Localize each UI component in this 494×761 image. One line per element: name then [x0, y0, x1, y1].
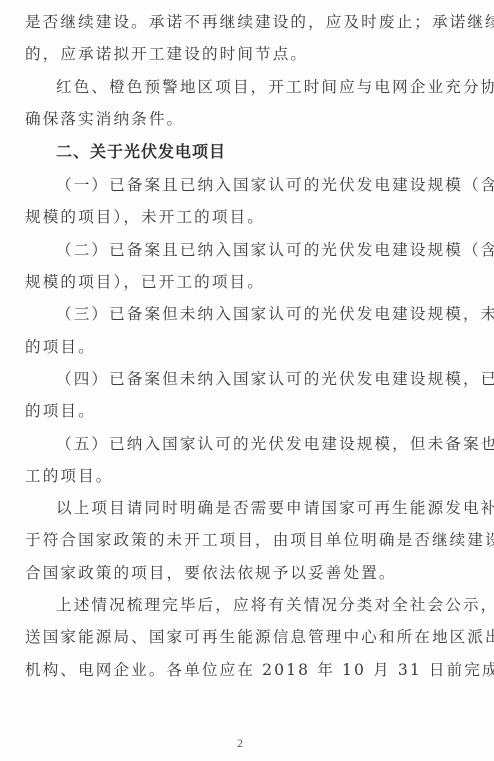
paragraph-line: 于符合国家政策的未开工项目，由项目单位明确是否继续建设；不符 — [25, 524, 459, 556]
list-item-line: 工的项目。 — [25, 460, 459, 492]
list-item-2: （二）已备案且已纳入国家认可的光伏发电建设规模（含不限 规模的项目），已开工的项… — [25, 234, 459, 299]
list-item-line: （五）已纳入国家认可的光伏发电建设规模，但未备案也未开 — [25, 428, 459, 460]
paragraph-line: 送国家能源局、国家可再生能源信息管理中心和所在地区派出监管 — [25, 621, 459, 653]
list-item-5: （五）已纳入国家认可的光伏发电建设规模，但未备案也未开 工的项目。 — [25, 428, 459, 493]
document-page: 是否继续建设。承诺不再继续建设的，应及时废止；承诺继续建设 的，应承诺拟开工建设… — [0, 0, 494, 761]
list-item-line: 规模的项目），未开工的项目。 — [25, 201, 459, 233]
list-item-line: 规模的项目），已开工的项目。 — [25, 266, 459, 298]
list-item-line: （一）已备案且已纳入国家认可的光伏发电建设规模（含不限 — [25, 169, 459, 201]
list-item-line: 的项目。 — [25, 331, 459, 363]
section-heading: 二、关于光伏发电项目 — [25, 135, 459, 169]
subsidy-paragraph: 以上项目请同时明确是否需要申请国家可再生能源发电补贴。对 于符合国家政策的未开工… — [25, 492, 459, 589]
closing-paragraph: 上述情况梳理完毕后，应将有关情况分类对全社会公示，并抄 送国家能源局、国家可再生… — [25, 589, 459, 686]
document-body: 是否继续建设。承诺不再继续建设的，应及时废止；承诺继续建设 的，应承诺拟开工建设… — [25, 6, 459, 686]
body-line: 确保落实消纳条件。 — [25, 103, 459, 135]
list-item-4: （四）已备案但未纳入国家认可的光伏发电建设规模，已开工 的项目。 — [25, 363, 459, 428]
page-number: 2 — [237, 736, 243, 751]
paragraph-line: 合国家政策的项目，要依法依规予以妥善处置。 — [25, 557, 459, 589]
body-line: 的，应承诺拟开工建设的时间节点。 — [25, 38, 459, 70]
list-item-line: （二）已备案且已纳入国家认可的光伏发电建设规模（含不限 — [25, 234, 459, 266]
body-line: 红色、橙色预警地区项目，开工时间应与电网企业充分协商， — [25, 71, 459, 103]
paragraph-line: 以上项目请同时明确是否需要申请国家可再生能源发电补贴。对 — [25, 492, 459, 524]
list-item-line: 的项目。 — [25, 395, 459, 427]
paragraph-line: 上述情况梳理完毕后，应将有关情况分类对全社会公示，并抄 — [25, 589, 459, 621]
list-item-3: （三）已备案但未纳入国家认可的光伏发电建设规模，未开工 的项目。 — [25, 298, 459, 363]
list-item-1: （一）已备案且已纳入国家认可的光伏发电建设规模（含不限 规模的项目），未开工的项… — [25, 169, 459, 234]
list-item-line: （三）已备案但未纳入国家认可的光伏发电建设规模，未开工 — [25, 298, 459, 330]
list-item-line: （四）已备案但未纳入国家认可的光伏发电建设规模，已开工 — [25, 363, 459, 395]
paragraph-line: 机构、电网企业。各单位应在 2018 年 10 月 31 日前完成有关工作。 — [25, 654, 459, 686]
body-line: 是否继续建设。承诺不再继续建设的，应及时废止；承诺继续建设 — [25, 6, 459, 38]
